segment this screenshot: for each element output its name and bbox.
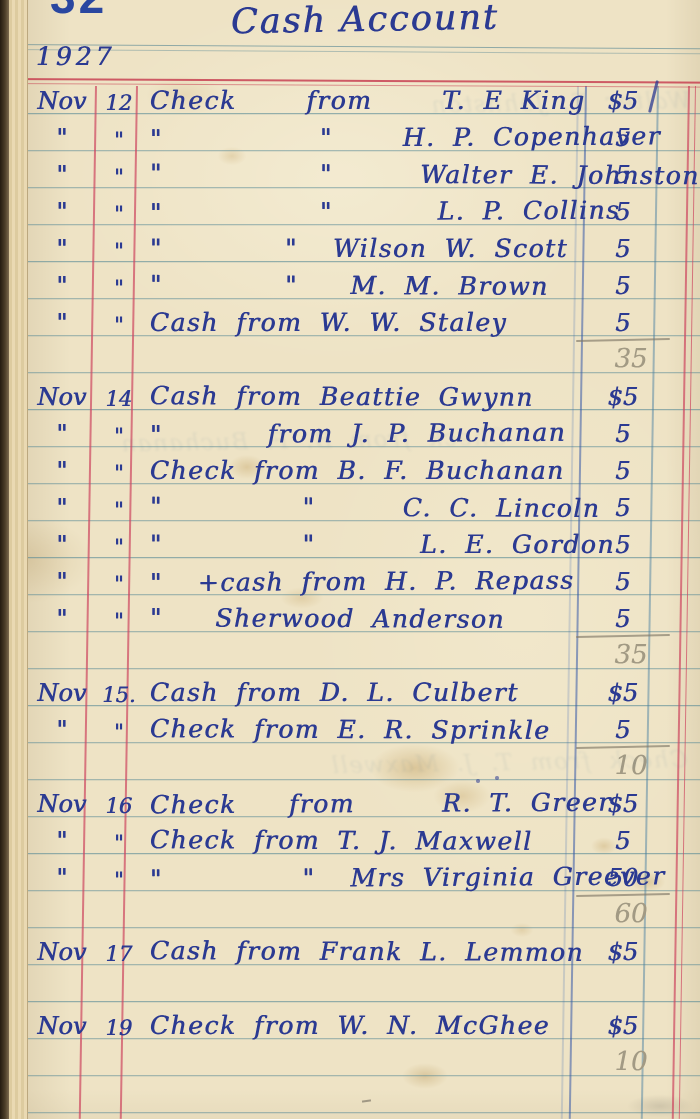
entry-month: " — [30, 198, 94, 226]
entry-amount: 5 — [588, 309, 658, 337]
entry-month: " — [30, 716, 94, 744]
entry-day: 19 — [98, 1016, 140, 1040]
ledger-row: Nov 14 Cash from Beattie Gwynn $5 — [0, 372, 700, 412]
ledger-row: " " " " H. P. Copenhaver 5 — [0, 113, 700, 153]
entry-description: Check from R. T. Greer — [150, 788, 612, 820]
entry-description: " Sherwood Anderson — [150, 603, 505, 634]
entry-amount: 50 — [588, 864, 658, 892]
ledger-row: " " Check from E. R. Sprinkle 5 — [0, 705, 700, 745]
entry-day: " — [98, 128, 140, 152]
entry-month: " — [30, 531, 94, 559]
entry-day: " — [98, 572, 140, 596]
entry-amount: 5 — [588, 272, 658, 300]
entry-amount: 5 — [588, 605, 658, 633]
entry-amount: 5 — [588, 124, 658, 152]
entry-month: " — [30, 864, 94, 892]
entry-day: 14 — [98, 387, 140, 411]
ledger-row: Nov 16 Check from R. T. Greer $5 — [0, 779, 700, 819]
entry-description: Check from W. N. McGhee — [150, 1011, 550, 1040]
ledger-row: " " " +cash from H. P. Repass 5 — [0, 557, 700, 597]
page-number-clip: 32 — [46, 0, 142, 17]
entry-description: Check from T. J. Maxwell — [150, 825, 533, 856]
entry-day: 17 — [98, 942, 140, 966]
entry-month: " — [30, 161, 94, 189]
entry-amount: 10 — [596, 1047, 666, 1077]
ledger-row: " " " " L. P. Collins 5 — [0, 187, 700, 227]
ledger-row: Nov 19 Check from W. N. McGhee $5 — [0, 1001, 700, 1041]
ledger-row: " " Cash from W. W. Staley 5 — [0, 298, 700, 338]
ledger-row: " " " Sherwood Anderson 5 — [0, 594, 700, 634]
entry-month: Nov — [30, 938, 94, 966]
entry-description: " " L. E. Gordon — [150, 530, 615, 559]
entry-amount: $5 — [588, 383, 658, 411]
entry-day: " — [98, 461, 140, 485]
ledger-row: 35 — [0, 631, 700, 671]
entry-day: " — [98, 868, 140, 892]
entry-description: " " Wilson W. Scott — [150, 234, 568, 263]
entry-amount: 5 — [588, 198, 658, 226]
entry-description: " " H. P. Copenhaver — [150, 121, 661, 153]
entry-amount: 5 — [588, 827, 658, 855]
entry-day: " — [98, 498, 140, 522]
entry-month: " — [30, 457, 94, 485]
ledger-row: 10 — [0, 1038, 700, 1078]
entry-description: " " M. M. Brown — [150, 270, 549, 301]
ruled-line — [26, 1112, 700, 1113]
entry-day: " — [98, 165, 140, 189]
page-number: 32 — [50, 0, 107, 17]
entry-month: Nov — [30, 679, 94, 707]
entry-month: Nov — [30, 1012, 94, 1040]
entry-day: 12 — [98, 91, 140, 115]
entry-description: Cash from Beattie Gwynn — [150, 381, 534, 412]
entry-amount: 5 — [588, 716, 658, 744]
year-label: 1927 — [36, 42, 116, 71]
entry-month: " — [30, 494, 94, 522]
ledger-row: " " " " Mrs Virginia Greever 50 — [0, 853, 700, 893]
entry-description: Cash from W. W. Staley — [150, 308, 507, 337]
entry-day: " — [98, 313, 140, 337]
ledger-row: Nov 17 Cash from Frank L. Lemmon $5 — [0, 927, 700, 967]
entry-month: " — [30, 605, 94, 633]
ledger-page: 32 Cash Account 1927 Nov 12 Check from T… — [0, 0, 700, 1119]
entry-day: " — [98, 202, 140, 226]
ledger-row: " " Check from T. J. Maxwell 5 — [0, 816, 700, 856]
entry-day: 16 — [98, 794, 140, 818]
ledger-row: " " " " L. E. Gordon 5 — [0, 520, 700, 560]
entry-day: " — [98, 239, 140, 263]
ledger-row: " " " " M. M. Brown 5 — [0, 261, 700, 301]
entry-amount: 5 — [588, 420, 658, 448]
entry-day: " — [98, 720, 140, 744]
entry-month: Nov — [30, 87, 94, 115]
entry-description: " " C. C. Lincoln — [150, 492, 601, 523]
entry-amount: 35 — [596, 344, 666, 374]
entry-month: " — [30, 235, 94, 263]
page-title: Cash Account — [200, 0, 531, 43]
entry-month: " — [30, 827, 94, 855]
entry-amount: $5 — [588, 679, 658, 707]
entry-day: " — [98, 831, 140, 855]
entry-description: Check from B. F. Buchanan — [150, 456, 565, 485]
entry-month: " — [30, 420, 94, 448]
entry-month: " — [30, 272, 94, 300]
entry-amount: 5 — [588, 568, 658, 596]
entry-amount: 60 — [596, 899, 666, 929]
entry-month: " — [30, 309, 94, 337]
entry-month: " — [30, 568, 94, 596]
ledger-row: Nov 15. Cash from D. L. Culbert $5 — [0, 668, 700, 708]
ledger-row: " " " " C. C. Lincoln 5 — [0, 483, 700, 523]
entry-description: " " L. P. Collins — [150, 196, 621, 228]
ink-dot — [495, 776, 499, 780]
entry-amount: 35 — [596, 640, 666, 670]
ink-dot — [476, 779, 480, 783]
entry-month: " — [30, 124, 94, 152]
entry-day: " — [98, 609, 140, 633]
entry-amount: 5 — [588, 235, 658, 263]
ledger-row: " " " " Wilson W. Scott 5 — [0, 224, 700, 264]
entry-month: Nov — [30, 383, 94, 411]
ledger-row: " " " " Walter E. Johnston 5 — [0, 150, 700, 190]
entry-amount: 5 — [588, 457, 658, 485]
entry-description: " +cash from H. P. Repass — [150, 566, 575, 598]
pencil-dash — [362, 1099, 371, 1102]
entry-amount: $5 — [588, 938, 658, 966]
entry-description: Cash from D. L. Culbert — [150, 678, 519, 707]
entry-amount: 5 — [588, 494, 658, 522]
ledger-row: 35 — [0, 335, 700, 375]
entry-month: Nov — [30, 790, 94, 818]
entry-description: Check from E. R. Sprinkle — [150, 714, 551, 745]
entry-amount: 5 — [588, 531, 658, 559]
entry-amount: $5 — [588, 790, 658, 818]
entry-day: 15. — [98, 683, 140, 707]
entry-day: " — [98, 535, 140, 559]
entry-amount: 5 — [588, 161, 658, 189]
ledger-row: 60 — [0, 890, 700, 930]
entry-description: Cash from Frank L. Lemmon — [150, 936, 584, 967]
entry-amount: $5 — [588, 1012, 658, 1040]
entry-day: " — [98, 276, 140, 300]
